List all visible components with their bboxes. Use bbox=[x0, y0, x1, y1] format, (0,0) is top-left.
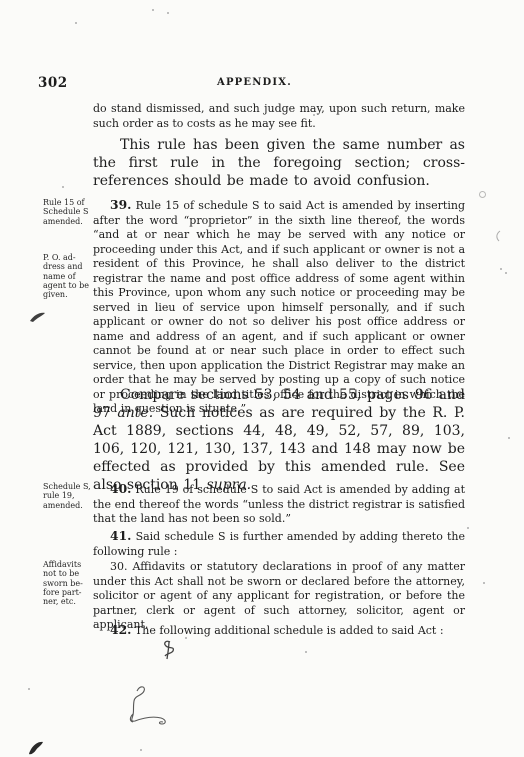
margin-note: P. O. ad- dress and name of agent to be … bbox=[43, 253, 95, 299]
scan-speck bbox=[500, 268, 502, 270]
section-number: 41. bbox=[110, 528, 131, 543]
paragraph-commentary: Compare sections 53, 54 and 55, pages 96… bbox=[93, 386, 465, 494]
scan-speck bbox=[505, 272, 507, 274]
scan-speck bbox=[28, 688, 30, 690]
paragraph-continuation: do stand dismissed, and such judge may, … bbox=[93, 102, 465, 131]
text-run: This rule has been given the same number… bbox=[93, 137, 465, 189]
scan-speck bbox=[75, 22, 77, 24]
ink-doodle-icon bbox=[156, 638, 182, 662]
paragraph-rule-30: 30. Affidavits or statutory declarations… bbox=[93, 560, 465, 633]
scan-speck bbox=[305, 651, 307, 653]
latin-term: ante. bbox=[117, 405, 153, 421]
scan-speck bbox=[483, 582, 485, 584]
text-run: The following additional schedule is add… bbox=[131, 624, 443, 637]
text-run: Rule 19 of schedule S to said Act is ame… bbox=[93, 483, 465, 525]
scan-speck bbox=[313, 114, 315, 116]
paragraph-section-42: 42. The following additional schedule is… bbox=[93, 623, 465, 639]
running-head: APPENDIX. bbox=[217, 77, 292, 88]
scan-speck bbox=[62, 186, 64, 188]
paragraph-rule-number-comment: This rule has been given the same number… bbox=[93, 136, 465, 190]
paragraph-section-39: 39. Rule 15 of schedule S to said Act is… bbox=[93, 198, 465, 417]
text-run: 30. Affidavits or statutory declarations… bbox=[93, 560, 465, 631]
scan-speck bbox=[152, 9, 154, 11]
text-column: do stand dismissed, and such judge may, … bbox=[93, 102, 465, 702]
margin-note: Rule 15 of Schedule S amended. bbox=[43, 198, 95, 226]
scan-speck bbox=[185, 637, 187, 639]
section-number: 39. bbox=[110, 197, 131, 212]
ink-curve-right-margin-icon bbox=[492, 229, 504, 243]
ink-squiggle-icon bbox=[118, 680, 180, 736]
scan-speck bbox=[467, 527, 469, 529]
page-number: 302 bbox=[38, 75, 68, 91]
scan-ring-speck bbox=[479, 191, 486, 198]
section-number: 42. bbox=[110, 622, 131, 637]
text-run: Said schedule S is further amended by ad… bbox=[93, 530, 465, 558]
paragraph-section-41: 41. Said schedule S is further amended b… bbox=[93, 529, 465, 559]
text-run: do stand dismissed, and such judge may, … bbox=[93, 102, 465, 130]
ink-blob-corner-icon bbox=[26, 739, 46, 757]
text-run: Rule 15 of schedule S to said Act is ame… bbox=[93, 199, 465, 415]
ink-mark-left-margin-icon bbox=[28, 310, 48, 324]
margin-note: Schedule S, rule 19, amended. bbox=[43, 482, 95, 510]
scan-speck bbox=[140, 749, 142, 751]
scan-speck bbox=[508, 437, 510, 439]
margin-note: Affidavits not to be sworn be- fore part… bbox=[43, 560, 95, 606]
scan-speck bbox=[434, 141, 436, 143]
scan-speck bbox=[167, 12, 169, 14]
section-number: 40. bbox=[110, 481, 131, 496]
paragraph-section-40: 40. Rule 19 of schedule S to said Act is… bbox=[93, 482, 465, 527]
scanned-book-page: 302 APPENDIX. do stand dismissed, and su… bbox=[0, 0, 524, 757]
